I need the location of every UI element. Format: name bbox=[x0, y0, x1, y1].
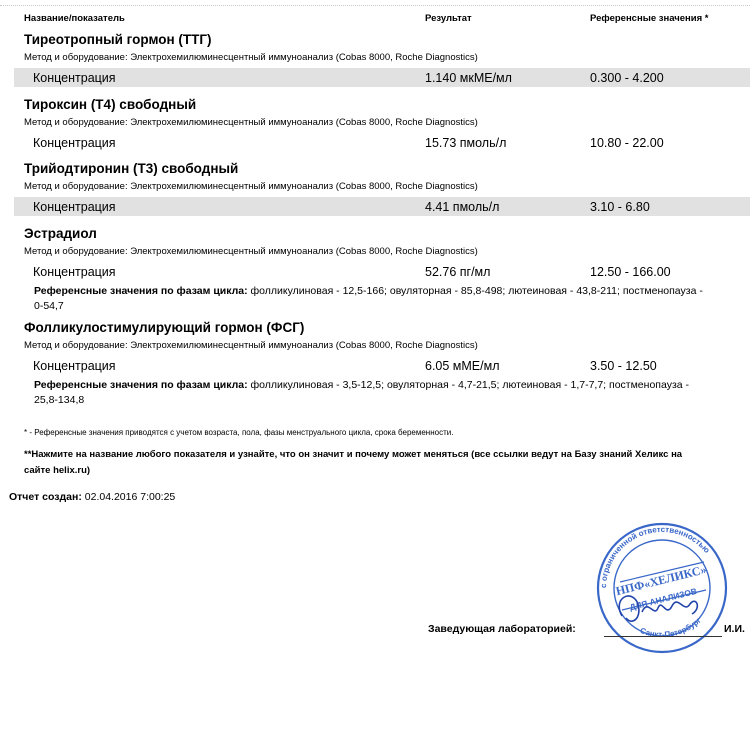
phase-label: Референсные значения по фазам цикла: bbox=[34, 285, 248, 297]
test-title-link[interactable]: Эстрадиол bbox=[24, 226, 97, 241]
parameter-label: Концентрация bbox=[33, 359, 116, 373]
report-created-label: Отчет создан: bbox=[9, 491, 82, 503]
test-title-link[interactable]: Тироксин (Т4) свободный bbox=[24, 97, 196, 112]
signature-initials: И.И. bbox=[724, 623, 745, 635]
column-header-result: Результат bbox=[425, 13, 472, 24]
column-header-name: Название/показатель bbox=[24, 13, 125, 24]
parameter-label: Концентрация bbox=[33, 136, 116, 150]
result-row: Концентрация 4.41 пмоль/л 3.10 - 6.80 bbox=[14, 197, 750, 216]
test-method: Метод и оборудование: Электрохемилюминес… bbox=[24, 117, 478, 128]
test-method: Метод и оборудование: Электрохемилюминес… bbox=[24, 340, 478, 351]
knowledge-base-note: **Нажмите на название любого показателя … bbox=[24, 447, 684, 479]
column-header-reference: Референсные значения * bbox=[590, 13, 709, 24]
result-value: 1.140 мкМЕ/мл bbox=[425, 71, 512, 85]
result-row: Концентрация 6.05 мМЕ/мл 3.50 - 12.50 bbox=[14, 356, 750, 375]
test-title-link[interactable]: Тиреотропный гормон (ТТГ) bbox=[24, 32, 212, 47]
report-created: Отчет создан: 02.04.2016 7:00:25 bbox=[9, 491, 175, 503]
result-row: Концентрация 52.76 пг/мл 12.50 - 166.00 bbox=[14, 262, 750, 281]
reference-footnote: * - Референсные значения приводятся с уч… bbox=[24, 428, 453, 437]
report-created-value: 02.04.2016 7:00:25 bbox=[82, 491, 175, 503]
test-method: Метод и оборудование: Электрохемилюминес… bbox=[24, 52, 478, 63]
phase-label: Референсные значения по фазам цикла: bbox=[34, 379, 248, 391]
test-method: Метод и оборудование: Электрохемилюминес… bbox=[24, 181, 478, 192]
result-row: Концентрация 1.140 мкМЕ/мл 0.300 - 4.200 bbox=[14, 68, 750, 87]
reference-range: 10.80 - 22.00 bbox=[590, 136, 664, 150]
test-title-link[interactable]: Трийодтиронин (Т3) свободный bbox=[24, 161, 238, 176]
test-method: Метод и оборудование: Электрохемилюминес… bbox=[24, 246, 478, 257]
result-value: 6.05 мМЕ/мл bbox=[425, 359, 500, 373]
signature-line bbox=[604, 636, 722, 637]
result-value: 15.73 пмоль/л bbox=[425, 136, 506, 150]
result-value: 52.76 пг/мл bbox=[425, 265, 490, 279]
parameter-label: Концентрация bbox=[33, 265, 116, 279]
phase-reference-values: Референсные значения по фазам цикла: фол… bbox=[34, 284, 714, 314]
top-dotted-divider bbox=[0, 5, 750, 6]
result-value: 4.41 пмоль/л bbox=[425, 200, 499, 214]
test-title-link[interactable]: Фолликулостимулирующий гормон (ФСГ) bbox=[24, 320, 304, 335]
reference-range: 3.10 - 6.80 bbox=[590, 200, 650, 214]
reference-range: 0.300 - 4.200 bbox=[590, 71, 664, 85]
parameter-label: Концентрация bbox=[33, 71, 116, 85]
parameter-label: Концентрация bbox=[33, 200, 116, 214]
lab-stamp-icon: с ограниченной ответственностью Санкт-Пе… bbox=[592, 518, 732, 658]
phase-reference-values: Референсные значения по фазам цикла: фол… bbox=[34, 378, 714, 408]
result-row: Концентрация 15.73 пмоль/л 10.80 - 22.00 bbox=[14, 133, 750, 152]
signature-label: Заведующая лабораторией: bbox=[428, 623, 576, 635]
reference-range: 12.50 - 166.00 bbox=[590, 265, 671, 279]
reference-range: 3.50 - 12.50 bbox=[590, 359, 657, 373]
